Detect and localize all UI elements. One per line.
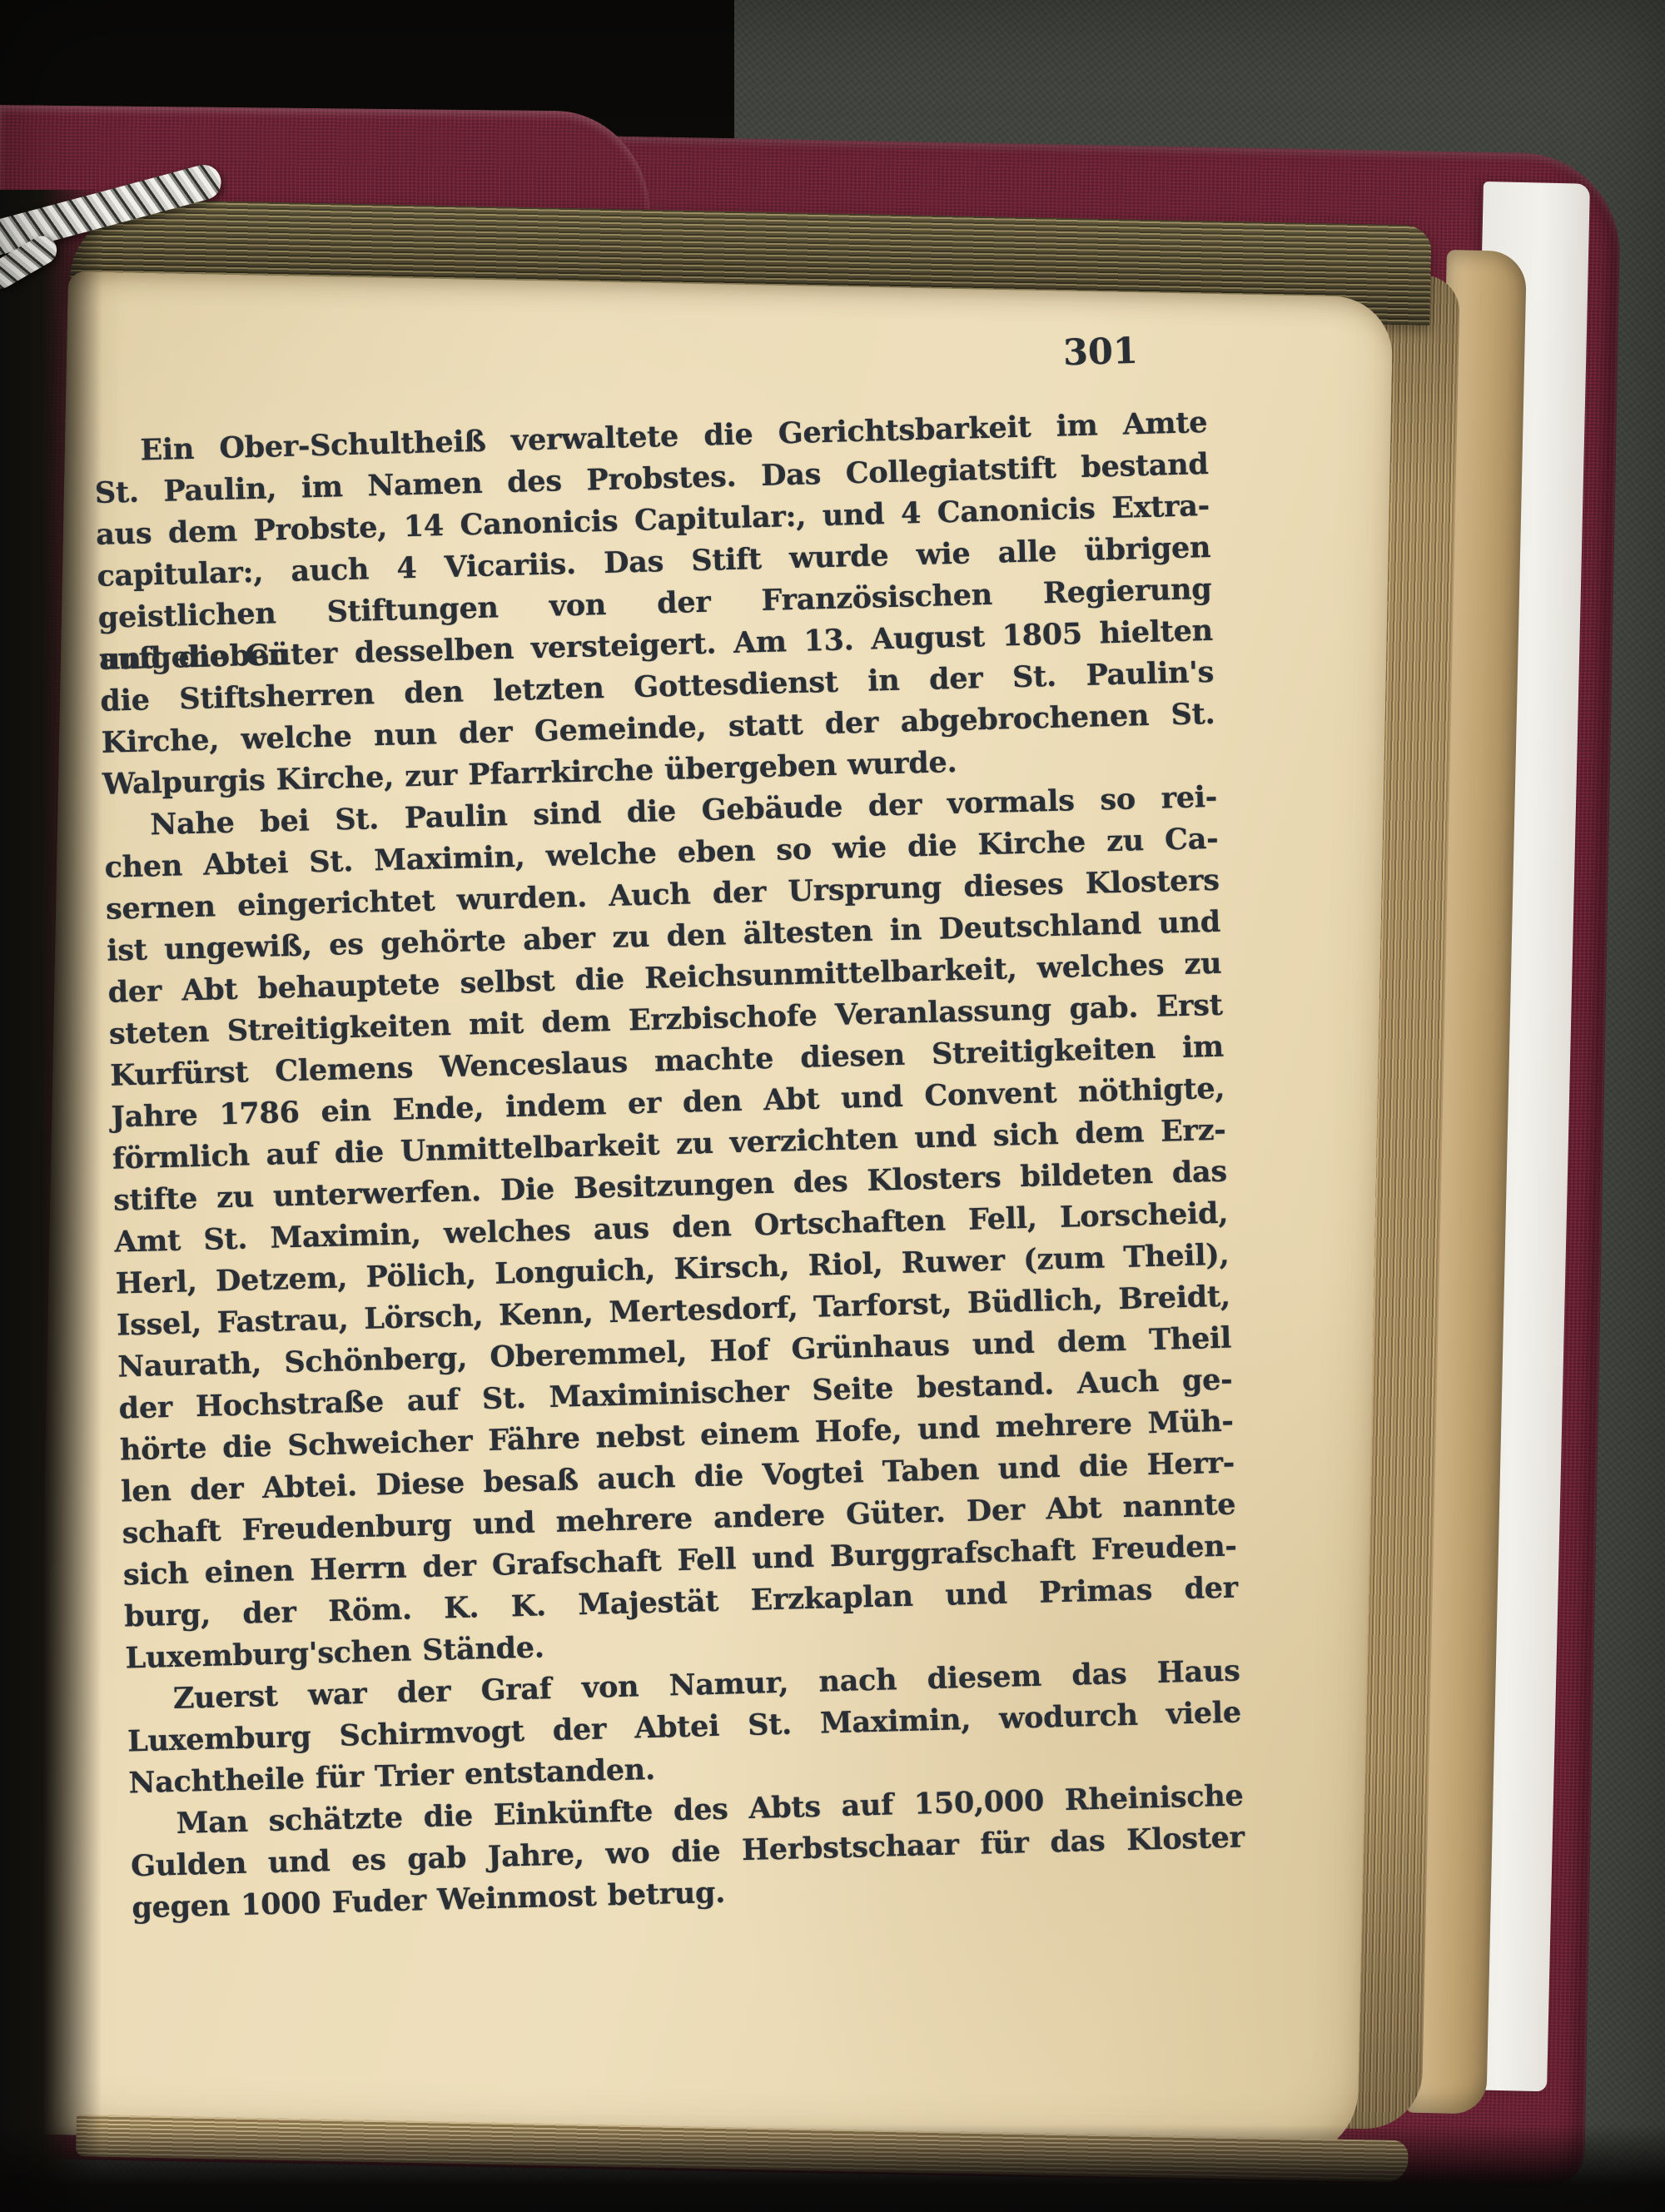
bottom-shadow xyxy=(0,2125,1665,2212)
page-number: 301 xyxy=(1041,330,1159,375)
gutter-shadow xyxy=(0,190,102,2212)
paragraph: Nahe bei St. Paulin sind die Gebäude der… xyxy=(103,777,1240,1680)
book-scan-photo: 301 Ein Ober-Schultheiß verwaltete die G… xyxy=(0,0,1665,2212)
paragraph: Ein Ober-Schultheiß verwaltete die Geric… xyxy=(93,402,1216,806)
page-text: Ein Ober-Schultheiß verwaltete die Geric… xyxy=(93,402,1246,1929)
